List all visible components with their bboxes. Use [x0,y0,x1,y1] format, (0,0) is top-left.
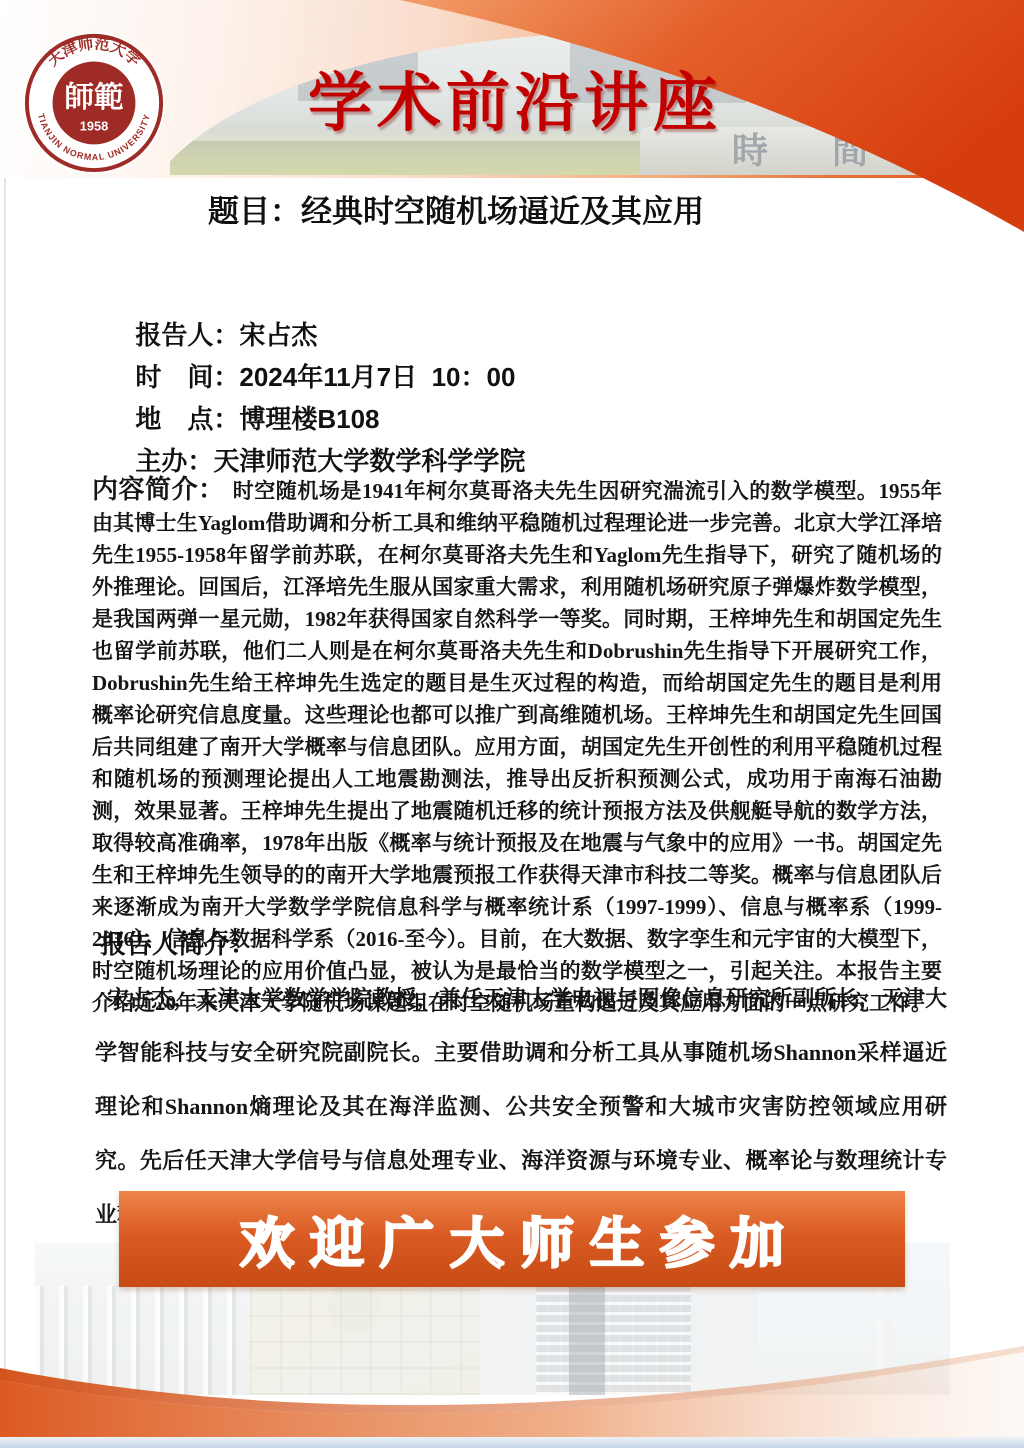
meta-value: 天津师范大学数学科学学院 [213,446,525,476]
logo-seal-text: 師範 [64,79,123,114]
meta-value: 博理楼B108 [239,404,379,434]
tower-sculpture-hole [874,1295,892,1319]
speaker-bio-heading: 报告人简介： [100,924,256,961]
meta-label: 地 点： [135,404,239,434]
meta-label: 主办： [135,446,213,476]
meta-label: 报告人： [135,320,239,350]
abstract-label: 内容简介： [92,474,233,504]
lecture-poster-page: 時間 天津师范大学 [0,0,1024,1448]
welcome-banner-text: 欢迎广大师生参加 [224,1201,800,1278]
lecture-title: 题目：经典时空随机场逼近及其应用 [208,186,704,231]
lecture-series-banner-title: 学术前沿讲座 [130,52,900,144]
bottom-edge-strip [0,1437,1024,1448]
logo-year: 1958 [80,119,109,134]
welcome-banner: 欢迎广大师生参加 [119,1191,905,1287]
meta-label: 时 间： [135,362,239,392]
meta-speaker-row: 报告人：宋占杰 [92,272,525,314]
meta-value: 宋占杰 [239,320,317,350]
meta-value: 2024年11月7日 10：00 [239,362,515,392]
meta-section: 报告人：宋占杰 时 间：2024年11月7日 10：00 地 点：博理楼B108… [92,272,525,440]
